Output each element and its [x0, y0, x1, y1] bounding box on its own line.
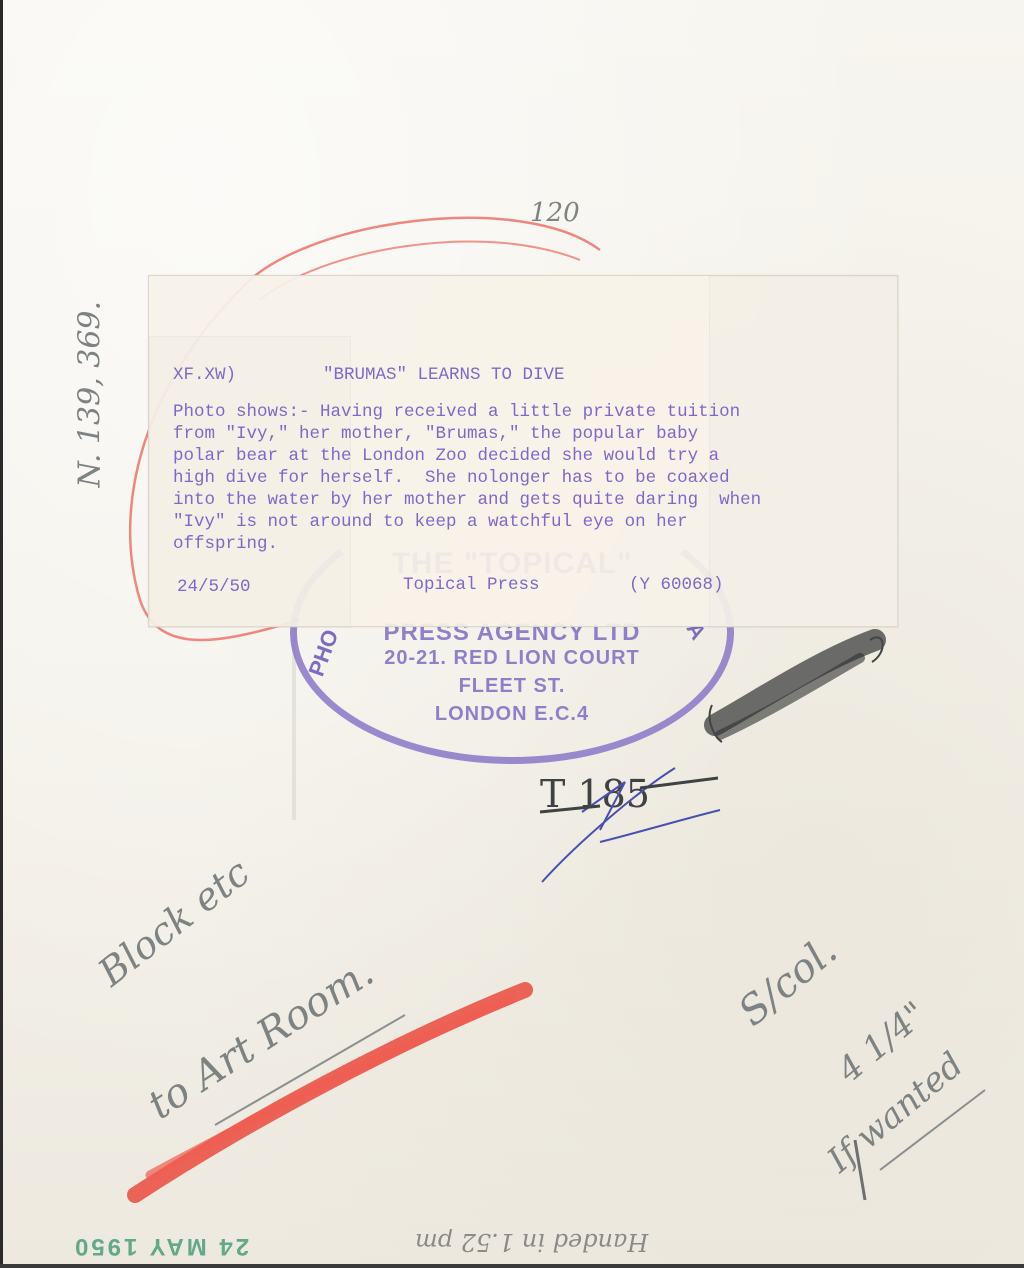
caption-label: XF.XW) "BRUMAS" LEARNS TO DIVE Photo sho…: [148, 275, 898, 627]
body-line-2: from "Ivy," her mother, "Brumas," the po…: [173, 423, 698, 445]
top-number: 120: [530, 198, 580, 228]
received-date-stamp: 24 MAY 1950: [72, 1232, 249, 1260]
headline: "BRUMAS" LEARNS TO DIVE: [323, 364, 565, 386]
scan-edge-left: [0, 0, 3, 1268]
side-number: N. 139, 369.: [73, 228, 108, 488]
body-line-1: Photo shows:- Having received a little p…: [173, 401, 740, 423]
body-line-7: offspring.: [173, 533, 278, 555]
body-line-6: "Ivy" is not around to keep a watchful e…: [173, 511, 688, 533]
tape-strip-right: [709, 276, 899, 628]
stamp-line-3: 20-21. RED LION COURT: [297, 647, 727, 670]
caption-date: 24/5/50: [177, 576, 251, 598]
scan-edge-bottom: [0, 1264, 1024, 1268]
photo-number: (Y 60068): [629, 574, 724, 596]
body-line-5: into the water by her mother and gets qu…: [173, 489, 761, 511]
body-line-3: polar bear at the London Zoo decided she…: [173, 445, 719, 467]
handed-in-note: Handed in 1.52 pm: [415, 1228, 648, 1256]
code-mark: T 185: [540, 772, 650, 816]
stamp-line-4: FLEET ST.: [297, 675, 727, 698]
ref-code: XF.XW): [173, 364, 236, 386]
body-line-4: high dive for herself. She nolonger has …: [173, 467, 730, 489]
agency-name: Topical Press: [403, 574, 540, 596]
stamp-line-5: LONDON E.C.4: [297, 703, 727, 726]
